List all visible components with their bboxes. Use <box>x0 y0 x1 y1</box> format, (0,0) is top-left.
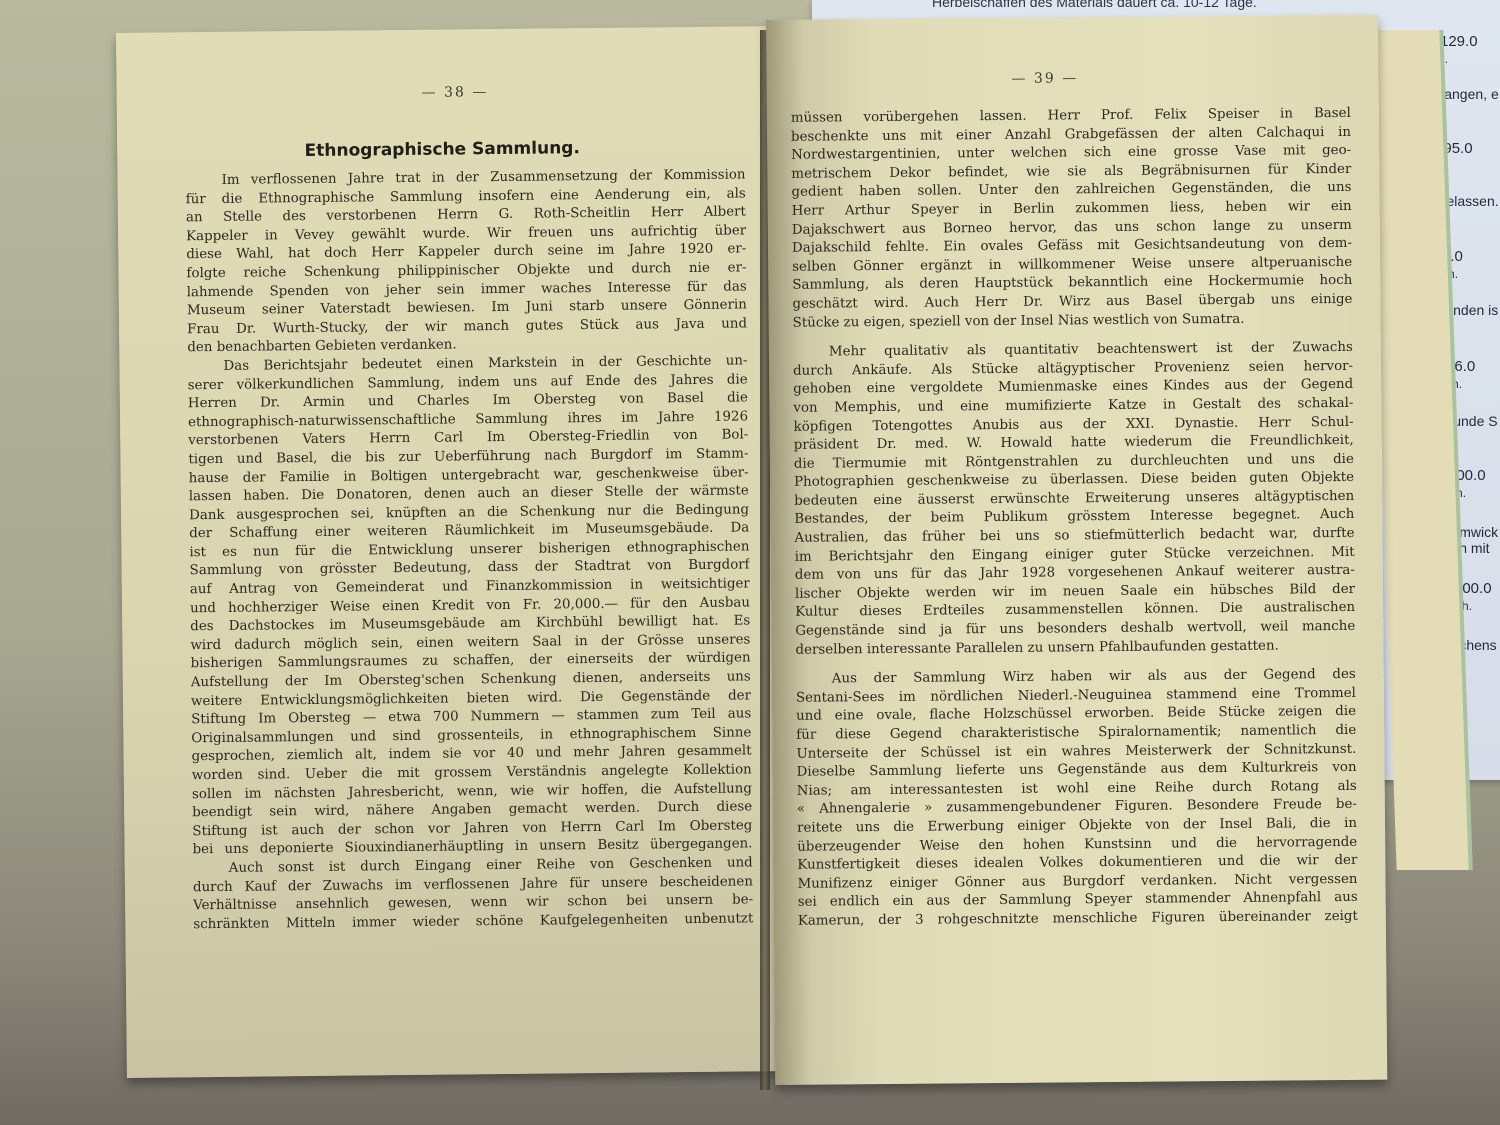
page-number: — 39 — <box>1011 70 1078 87</box>
sheet-entry: 129.0 20. Jh. <box>1440 33 1478 66</box>
left-page: — 38 — Ethnographische Sammlung. Im verf… <box>116 26 777 1078</box>
section-heading: Ethnographische Sammlung. <box>117 136 767 163</box>
right-page: — 39 — müssen vorübergehen lassen. Herr … <box>766 15 1387 1085</box>
right-page-body: müssen vorübergehen lassen. Herr Prof. F… <box>791 105 1358 931</box>
page-number: — 38 — <box>422 84 489 101</box>
sheet-top-line: Herbeischaffen des Materials dauert ca. … <box>932 0 1257 10</box>
text-line: Kamerun, der 3 rohgeschnitzte menschlich… <box>798 908 1358 931</box>
left-page-body: Im verflossenen Jahre trat in der Zusamm… <box>185 166 753 934</box>
